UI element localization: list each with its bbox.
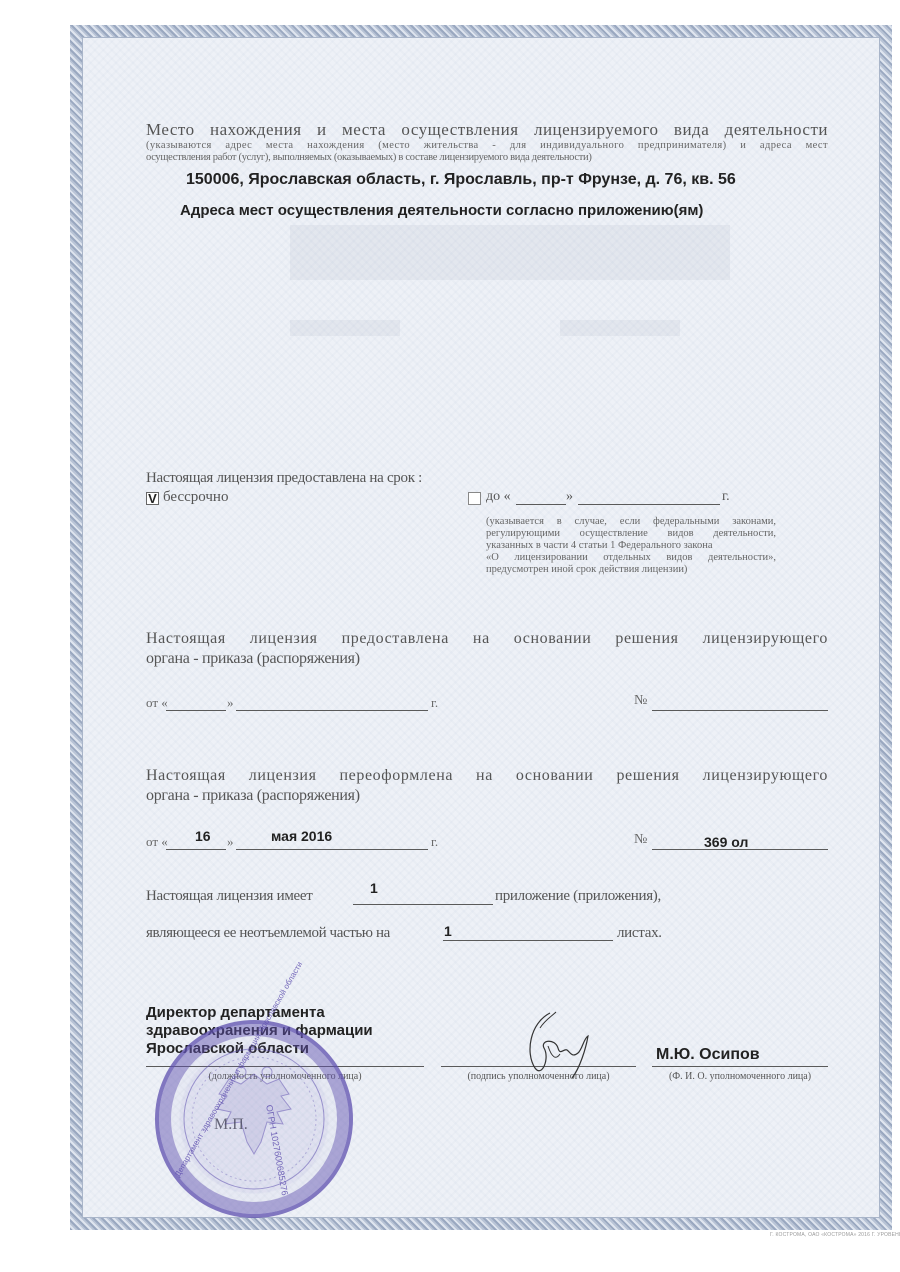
granted-heading-line-2: органа - приказа (распоряжения) xyxy=(146,650,360,668)
granted-from-label: от « xyxy=(146,695,168,711)
reissued-number-label: № xyxy=(634,832,647,848)
licensee-address: 150006, Ярославская область, г. Ярославл… xyxy=(186,171,736,189)
handwritten-signature-icon xyxy=(510,1008,600,1083)
until-note-line-1: (указывается в случае, если федеральными… xyxy=(486,516,776,528)
until-note-line-4: «О лицензировании отдельных видов деятел… xyxy=(486,552,776,564)
location-heading: Место нахождения и места осуществления л… xyxy=(146,120,828,140)
appendix-sheets-suffix: листах. xyxy=(617,925,662,942)
until-month-year-line[interactable] xyxy=(578,504,720,505)
reissued-month-year-line[interactable] xyxy=(236,849,428,850)
reissued-number-value: 369 ол xyxy=(704,834,748,850)
signatory-name: М.Ю. Осипов xyxy=(656,1046,760,1064)
appendix-count-line[interactable] xyxy=(353,904,493,905)
appendix-sheets-label: являющееся ее неотъемлемой частью на xyxy=(146,925,390,942)
reissued-heading-line-2: органа - приказа (распоряжения) xyxy=(146,787,360,805)
reissued-day-value: 16 xyxy=(195,828,211,844)
granted-close-quote: » xyxy=(227,695,234,711)
appendix-has-label: Настоящая лицензия имеет xyxy=(146,888,313,905)
reissued-year-suffix: г. xyxy=(431,834,438,850)
granted-year-suffix: г. xyxy=(431,695,438,711)
ghost-background-block xyxy=(290,320,400,336)
official-seal: М.П. ОГРН 1027600685276 Департамент здра… xyxy=(155,1020,353,1218)
name-line xyxy=(652,1066,828,1067)
until-note-line-5: предусмотрен иной срок действия лицензии… xyxy=(486,564,776,576)
granted-heading-line-1: Настоящая лицензия предоставлена на осно… xyxy=(146,630,828,648)
unlimited-label: бессрочно xyxy=(163,489,228,506)
double-headed-eagle-icon xyxy=(159,1024,349,1214)
location-note-line-1: (указываются адрес места нахождения (мес… xyxy=(146,140,828,151)
appendix-count-suffix: приложение (приложения), xyxy=(495,888,661,905)
until-note-line-2: регулирующими осуществление видов деятел… xyxy=(486,528,776,540)
seal-mp-label: М.П. xyxy=(214,1116,248,1134)
granted-day-line[interactable] xyxy=(166,710,226,711)
until-day-line[interactable] xyxy=(516,504,566,505)
reissued-day-line[interactable] xyxy=(166,849,226,850)
until-note-line-3: указанных в части 4 статьи 1 Федеральног… xyxy=(486,540,776,552)
printer-imprint: Г. КОСТРОМА, ОАО «КОСТРОМА» 2016 Г. УРОВ… xyxy=(770,1232,900,1238)
reissued-month-year-value: мая 2016 xyxy=(271,828,332,844)
until-note: (указывается в случае, если федеральными… xyxy=(486,516,776,576)
addresses-per-appendix: Адреса мест осуществления деятельности с… xyxy=(180,202,703,219)
granted-number-label: № xyxy=(634,693,647,709)
granted-month-year-line[interactable] xyxy=(236,710,428,711)
reissued-from-label: от « xyxy=(146,834,168,850)
ghost-background-block xyxy=(290,225,730,280)
appendix-count-value: 1 xyxy=(370,880,378,896)
granted-number-line[interactable] xyxy=(652,710,828,711)
until-year-suffix: г. xyxy=(722,489,730,505)
name-caption: (Ф. И. О. уполномоченного лица) xyxy=(652,1071,828,1082)
unlimited-checkbox[interactable]: V xyxy=(146,492,159,505)
appendix-sheets-value: 1 xyxy=(444,923,452,939)
until-label: до « xyxy=(486,489,511,505)
until-close-quote: » xyxy=(566,489,573,505)
term-heading: Настоящая лицензия предоставлена на срок… xyxy=(146,470,422,487)
ghost-background-block xyxy=(560,320,680,336)
appendix-sheets-line[interactable] xyxy=(443,940,613,941)
until-date-checkbox[interactable] xyxy=(468,492,481,505)
reissued-heading-line-1: Настоящая лицензия переоформлена на осно… xyxy=(146,767,828,785)
location-note-line-2: осуществления работ (услуг), выполняемых… xyxy=(146,152,828,163)
reissued-close-quote: » xyxy=(227,834,234,850)
